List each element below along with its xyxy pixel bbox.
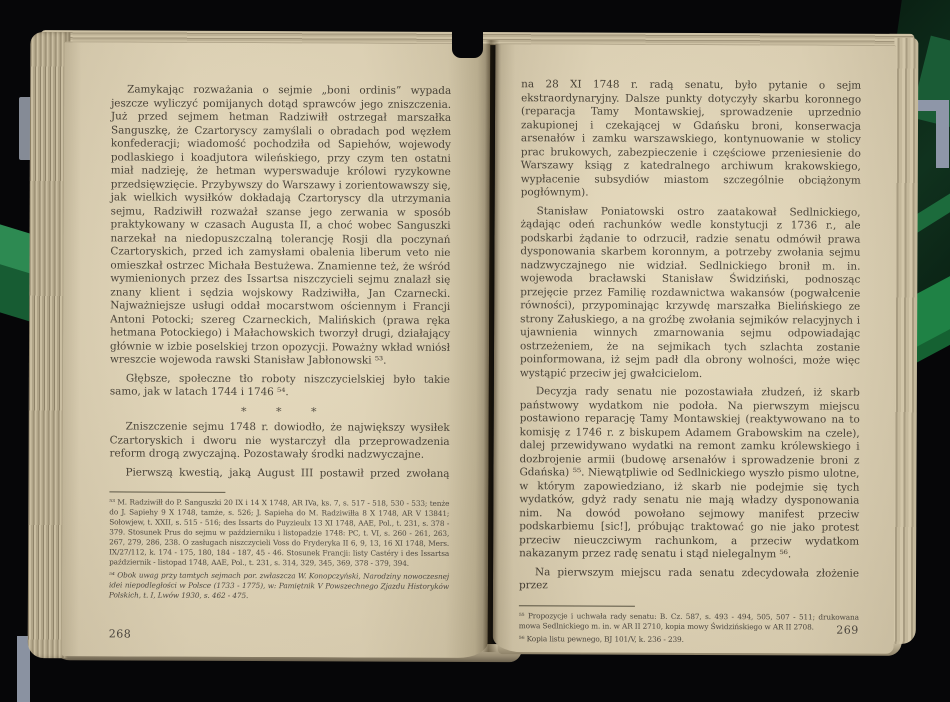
left-page: Zamykając rozważania o sejmie „boni ordi… [62, 41, 491, 658]
photo-of-open-book: Zamykając rozważania o sejmie „boni ordi… [0, 0, 950, 702]
open-book: Zamykając rozważania o sejmie „boni ordi… [28, 30, 919, 678]
section-separator: * * * [110, 404, 450, 419]
footnote-53: ⁵³ M. Radziwiłł do P. Sanguszki 20 IX i … [109, 497, 449, 568]
paragraph: Zamykając rozważania o sejmie „boni ordi… [110, 83, 451, 368]
page-number-right: 269 [519, 622, 859, 636]
paragraph: Pierwszą kwestią, jaką August III postaw… [109, 466, 449, 481]
left-page-text: Zamykając rozważania o sejmie „boni ordi… [109, 83, 451, 601]
paragraph: Zniszczenie sejmu 1748 r. dowiodło, że n… [110, 420, 450, 462]
paragraph: Decyzja rady senatu nie pozostawiała złu… [519, 385, 860, 562]
footnote-54: ⁵⁴ Obok uwag przy tamtych sejmach por. z… [109, 570, 449, 601]
footnote-rule [519, 605, 635, 607]
paragraph: Stanisław Poniatowski ostro zaatakował S… [520, 205, 861, 382]
page-number-left: 268 [109, 627, 132, 640]
paragraph: na 28 XI 1748 r. radą senatu, było pytan… [521, 78, 862, 201]
book-gutter-shadow [483, 40, 500, 652]
right-page-text: na 28 XI 1748 r. radą senatu, było pytan… [519, 78, 861, 645]
gutter-top-notch [452, 0, 483, 58]
paragraph: Głębsze, społeczne tło roboty niszczycie… [110, 372, 450, 400]
footnote-rule [109, 491, 225, 493]
paragraph: Na pierwszym miejscu rada senatu zdecydo… [519, 566, 859, 594]
right-page: na 28 XI 1748 r. radą senatu, było pytan… [493, 43, 897, 654]
